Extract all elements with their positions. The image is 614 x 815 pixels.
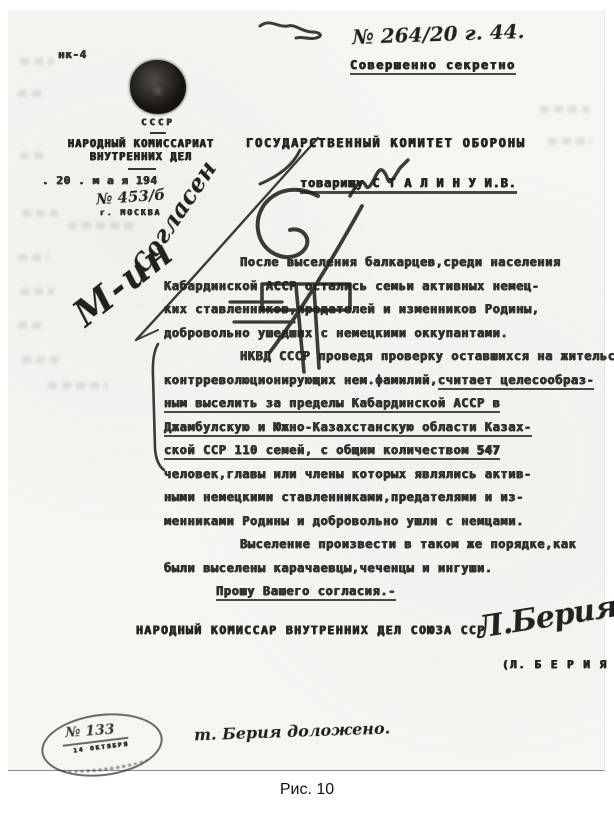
body-text-line: ких ставленников,предателей и изменников… xyxy=(164,298,582,322)
signatory-title: НАРОДНЫЙ КОМИССАР ВНУТРЕННИХ ДЕЛ СОЮЗА С… xyxy=(136,623,486,637)
top-scribble-mark xyxy=(260,23,320,39)
divider xyxy=(150,132,166,134)
body-text-line: Выселение произвести в таком же порядке,… xyxy=(164,533,582,557)
ghost-text-line xyxy=(18,254,48,261)
ghost-text-line xyxy=(48,382,108,389)
divider xyxy=(128,168,156,170)
handwritten-reg-number: № 264/20 г. 44. xyxy=(352,19,525,49)
body-text-line: ской ССР 110 семей, с общим количеством … xyxy=(164,439,582,463)
ghost-text-line xyxy=(548,138,592,145)
letterhead-country: СССР xyxy=(126,118,190,128)
form-code: нк-4 xyxy=(58,48,87,61)
big-signature-upstroke xyxy=(260,150,300,184)
recipient-name: товарищу С Т А Л И Н У И.В. xyxy=(300,176,517,194)
registry-stamp: № 133 14 ОКТЯБРЯ xyxy=(38,707,167,783)
ghost-text-line xyxy=(20,288,54,295)
body-text-line: ным выселить за пределы Кабардинской АСС… xyxy=(164,392,582,416)
letterhead-org-line2: ВНУТРЕННИХ ДЕЛ xyxy=(34,151,248,163)
letterhead-date: . 20 . м а я 194 xyxy=(42,174,158,187)
figure-caption: Рис. 10 xyxy=(0,781,614,799)
body-text-line: добровольно ушедших с немецкими оккупант… xyxy=(164,322,582,346)
body-text-line: Кабардинской АССР остались семьи активны… xyxy=(164,275,582,299)
body-text-line: После выселения балкарцев,среди населени… xyxy=(164,251,582,275)
ghost-text-line xyxy=(540,106,590,113)
letterhead-org-line1: НАРОДНЫЙ КОМИССАРИАТ xyxy=(34,138,248,150)
body-text-line: контрреволюционирующих нем.фамилий,счита… xyxy=(164,369,582,393)
recipient-organization: ГОСУДАРСТВЕННЫЙ КОМИТЕТ ОБОРОНЫ xyxy=(246,136,526,150)
stamp-number: № 133 xyxy=(65,722,115,741)
letter-body: После выселения балкарцев,среди населени… xyxy=(164,251,582,604)
body-text-line: были выселены карачаевцы,чеченцы и ингуш… xyxy=(164,557,582,581)
letterhead-doc-number: № 453/б xyxy=(95,186,165,209)
ghost-text-line xyxy=(18,322,46,329)
ghost-text-line xyxy=(68,222,138,229)
body-text-line: менниками Родины и добровольно ушли с не… xyxy=(164,510,582,534)
document-scan: нк-4 СССР НАРОДНЫЙ КОМИССАРИАТ ВНУТРЕННИ… xyxy=(8,10,605,771)
big-signature-loop xyxy=(258,190,318,257)
ghost-text-line xyxy=(20,58,54,65)
ghost-text-line xyxy=(22,356,60,363)
ussr-emblem-icon xyxy=(130,60,186,114)
secrecy-stamp: Совершенно секретно xyxy=(350,58,516,75)
ghost-text-line xyxy=(18,90,46,97)
body-text-line: НКВД СССР проведя проверку оставшихся на… xyxy=(164,345,582,369)
body-text-line: человек,главы или члены которых являлись… xyxy=(164,463,582,487)
body-text-line: ными немецкими ставленниками,предателями… xyxy=(164,486,582,510)
letterhead-city: г. МОСКВА xyxy=(100,208,161,217)
ghost-text-line xyxy=(22,210,58,217)
body-text-line: Прошу Вашего согласия.- xyxy=(164,580,582,604)
resolution-diagonal-tick xyxy=(136,330,158,340)
body-text-line: Джамбулскую и Южно-Казахстанскую области… xyxy=(164,416,582,440)
handwritten-note: т. Берия доложено. xyxy=(194,719,391,745)
signatory-typed-name: (Л. Б Е Р И Я ) xyxy=(502,658,614,671)
margin-bracket xyxy=(153,344,164,470)
